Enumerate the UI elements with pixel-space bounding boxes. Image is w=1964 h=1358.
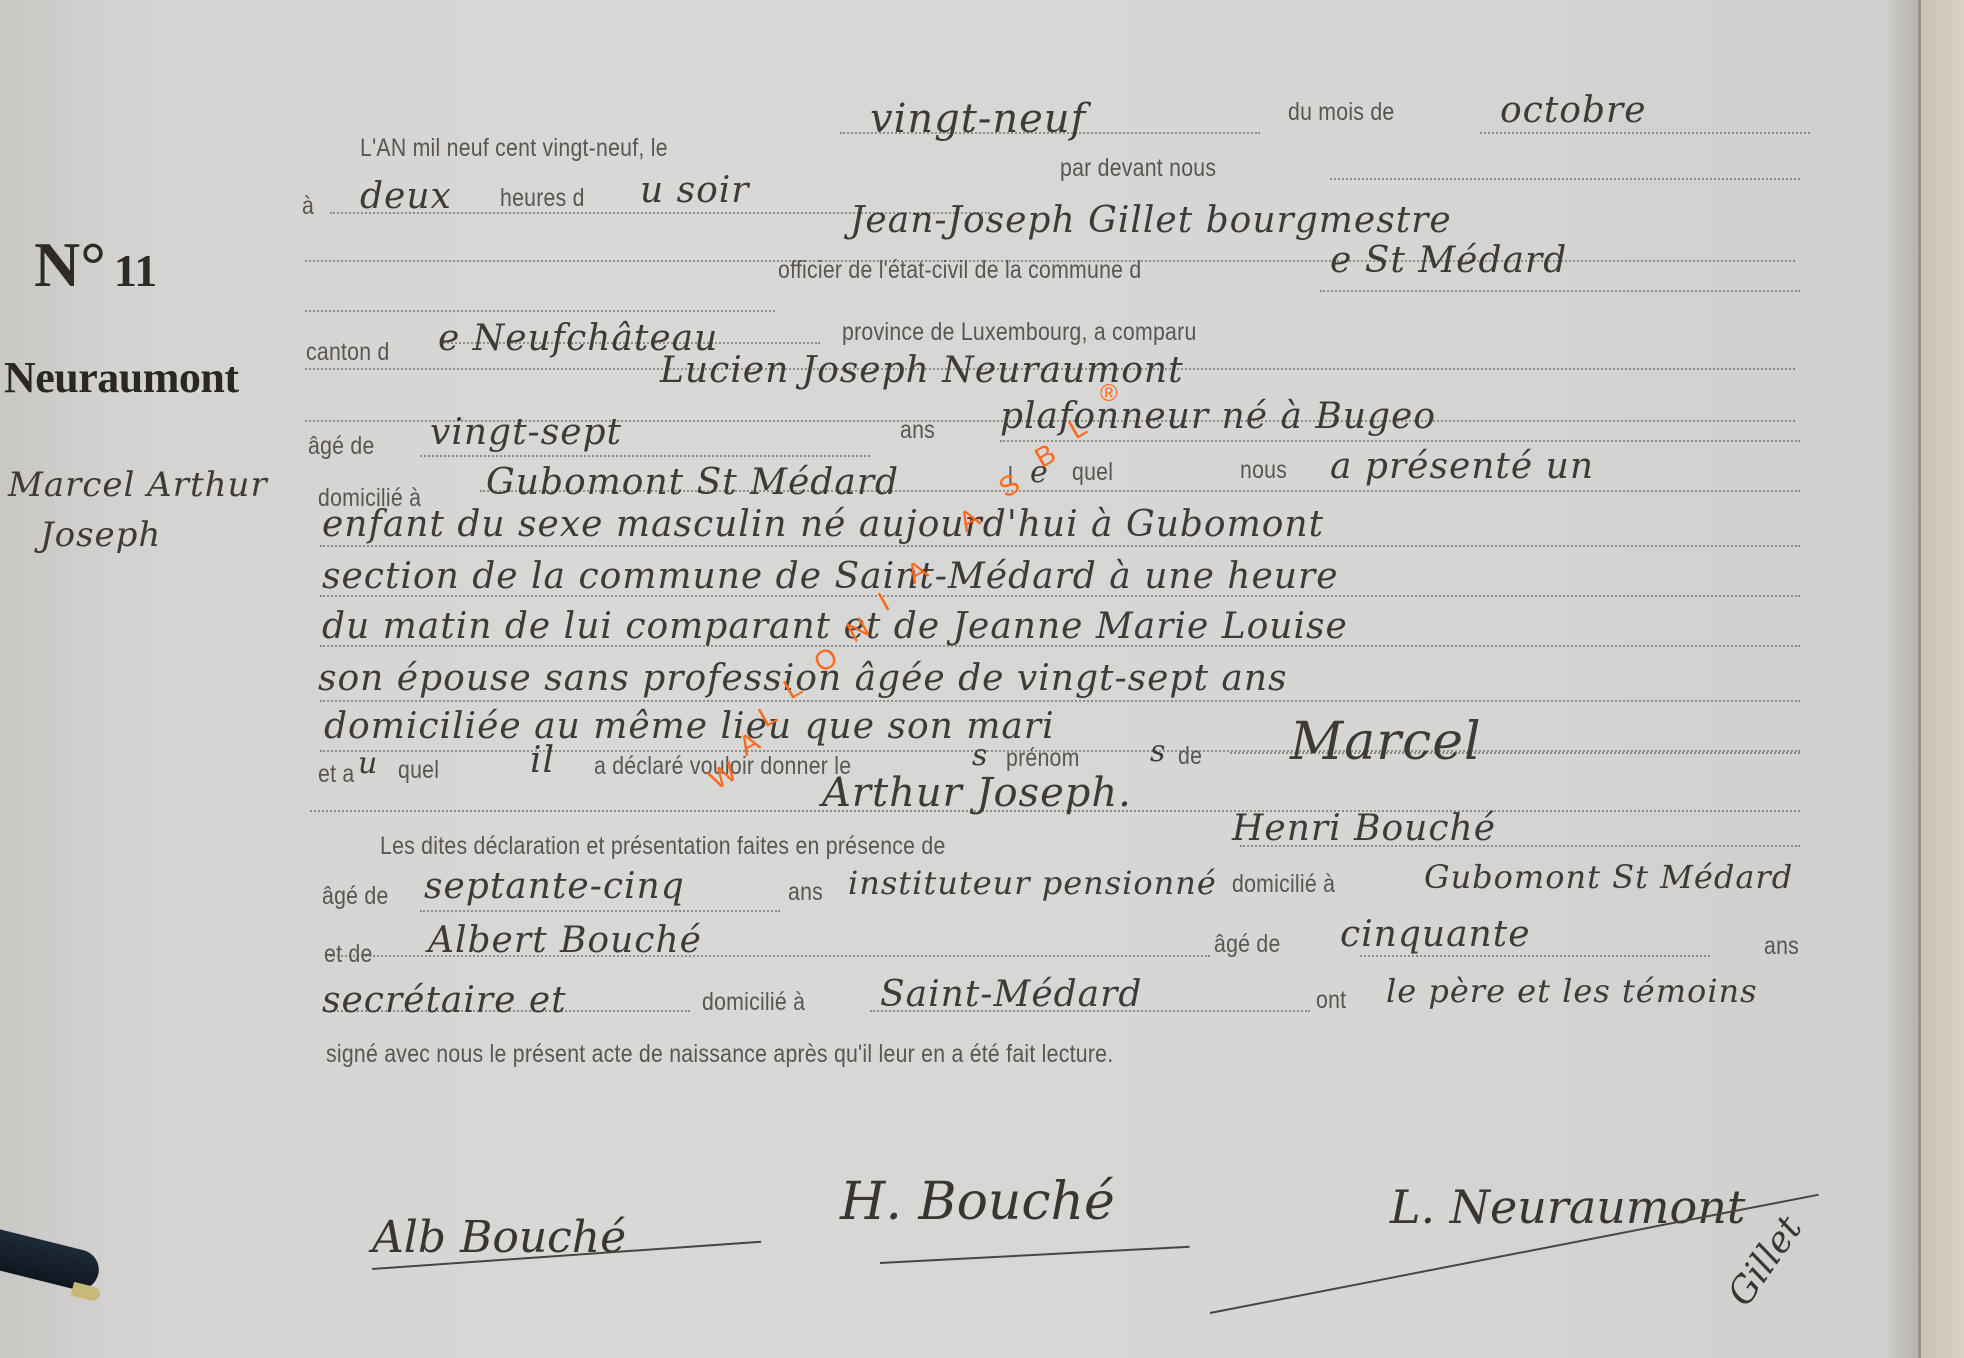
printed-text: âgé de [1214, 930, 1281, 959]
handwritten-witness1-domicile: Gubomont St Médard [1424, 858, 1793, 896]
handwritten-time: u soir [640, 170, 750, 211]
handwritten-officer: Jean-Joseph Gillet bourgmestre [850, 200, 1452, 241]
printed-text: prénom [1006, 744, 1080, 773]
printed-text: à [302, 192, 314, 221]
handwritten-witness2-age: cinquante [1340, 914, 1531, 955]
handwritten-body-line: du matin de lui comparant et de Jeanne M… [322, 606, 1348, 647]
printed-text: ans [900, 416, 935, 445]
signature-albert-bouche: Alb Bouché [372, 1212, 626, 1263]
handwritten-il: il [530, 740, 555, 781]
margin-given-names: Marcel Arthur [8, 465, 268, 505]
margin-surname: Neuraumont [4, 352, 239, 403]
printed-text: L'AN mil neuf cent vingt-neuf, le [360, 134, 668, 163]
printed-text: et a [318, 760, 354, 789]
signature-neuraumont: L. Neuraumont [1390, 1180, 1745, 1234]
document-page: N°11 Neuraumont Marcel Arthur Joseph L'A… [0, 0, 1964, 1358]
margin-given-names-2: Joseph [40, 515, 161, 555]
printed-text: Les dites déclaration et présentation fa… [380, 832, 946, 861]
handwritten-commune: e St Médard [1330, 240, 1567, 281]
printed-text: quel [398, 756, 439, 785]
printed-text: heures d [500, 184, 585, 213]
handwritten-body-line: enfant du sexe masculin né aujourd'hui à… [322, 504, 1324, 545]
signature-flourish [880, 1246, 1190, 1264]
handwritten-month: octobre [1500, 90, 1647, 131]
printed-text: signé avec nous le présent acte de naiss… [326, 1040, 1113, 1069]
printed-text: âgé de [308, 432, 375, 461]
ruled-line [420, 455, 870, 457]
ruled-line [1360, 955, 1710, 957]
printed-text: domicilié à [702, 988, 805, 1017]
ruled-line [305, 310, 775, 312]
printed-text: ans [1764, 932, 1799, 961]
handwritten-witness2-domicile: Saint-Médard [880, 974, 1142, 1015]
pen-object [0, 1226, 103, 1294]
handwritten-witness2: Albert Bouché [428, 920, 702, 961]
ruled-line [1330, 178, 1800, 180]
ruled-line [1480, 132, 1810, 134]
printed-text: quel [1072, 458, 1113, 487]
ruled-line [1000, 440, 1800, 442]
printed-text: nous [1240, 456, 1287, 485]
printed-text: du mois de [1288, 98, 1395, 127]
handwritten-body-line: section de la commune de Saint-Médard à … [322, 556, 1339, 597]
handwritten-hour: deux [360, 176, 452, 217]
printed-text: de [1178, 742, 1202, 771]
printed-text: ans [788, 878, 823, 907]
handwritten-presented: a présenté un [1330, 446, 1594, 487]
ruled-line [320, 545, 1800, 547]
handwritten-witness2-occupation: secrétaire et [322, 980, 567, 1021]
printed-text: canton d [306, 338, 390, 367]
handwritten-suffix: s [1150, 734, 1166, 769]
printed-text: officier de l'état-civil de la commune d [778, 256, 1141, 285]
ruled-line [1320, 290, 1800, 292]
handwritten-suffix: u [358, 746, 378, 781]
page-edge [1921, 0, 1964, 1358]
handwritten-witness1: Henri Bouché [1232, 808, 1496, 849]
handwritten-suffix: s [972, 738, 988, 773]
handwritten-witness1-occupation: instituteur pensionné [848, 864, 1217, 902]
entry-number: N°11 [34, 228, 157, 302]
handwritten-declarant-age: vingt-sept [430, 412, 622, 453]
signature-henri-bouche: H. Bouché [840, 1172, 1115, 1232]
handwritten-child-name-2: Arthur Joseph. [822, 770, 1132, 816]
handwritten-witness1-age: septante-cinq [424, 866, 685, 907]
ruled-line [420, 910, 780, 912]
pen-tip [71, 1282, 102, 1302]
printed-text: ont [1316, 986, 1346, 1015]
handwritten-day: vingt-neuf [870, 96, 1086, 142]
handwritten-domicile: Gubomont St Médard [486, 462, 899, 503]
handwritten-body-line: domiciliée au même lieu que son mari [324, 706, 1055, 747]
printed-text: province de Luxembourg, a comparu [842, 318, 1197, 347]
printed-text: domicilié à [1232, 870, 1335, 899]
ruled-line [320, 700, 1800, 702]
handwritten-signers: le père et les témoins [1386, 972, 1758, 1010]
printed-text: âgé de [322, 882, 389, 911]
printed-text: et de [324, 940, 373, 969]
printed-text: par devant nous [1060, 154, 1216, 183]
handwritten-child-name: Marcel [1290, 712, 1482, 772]
